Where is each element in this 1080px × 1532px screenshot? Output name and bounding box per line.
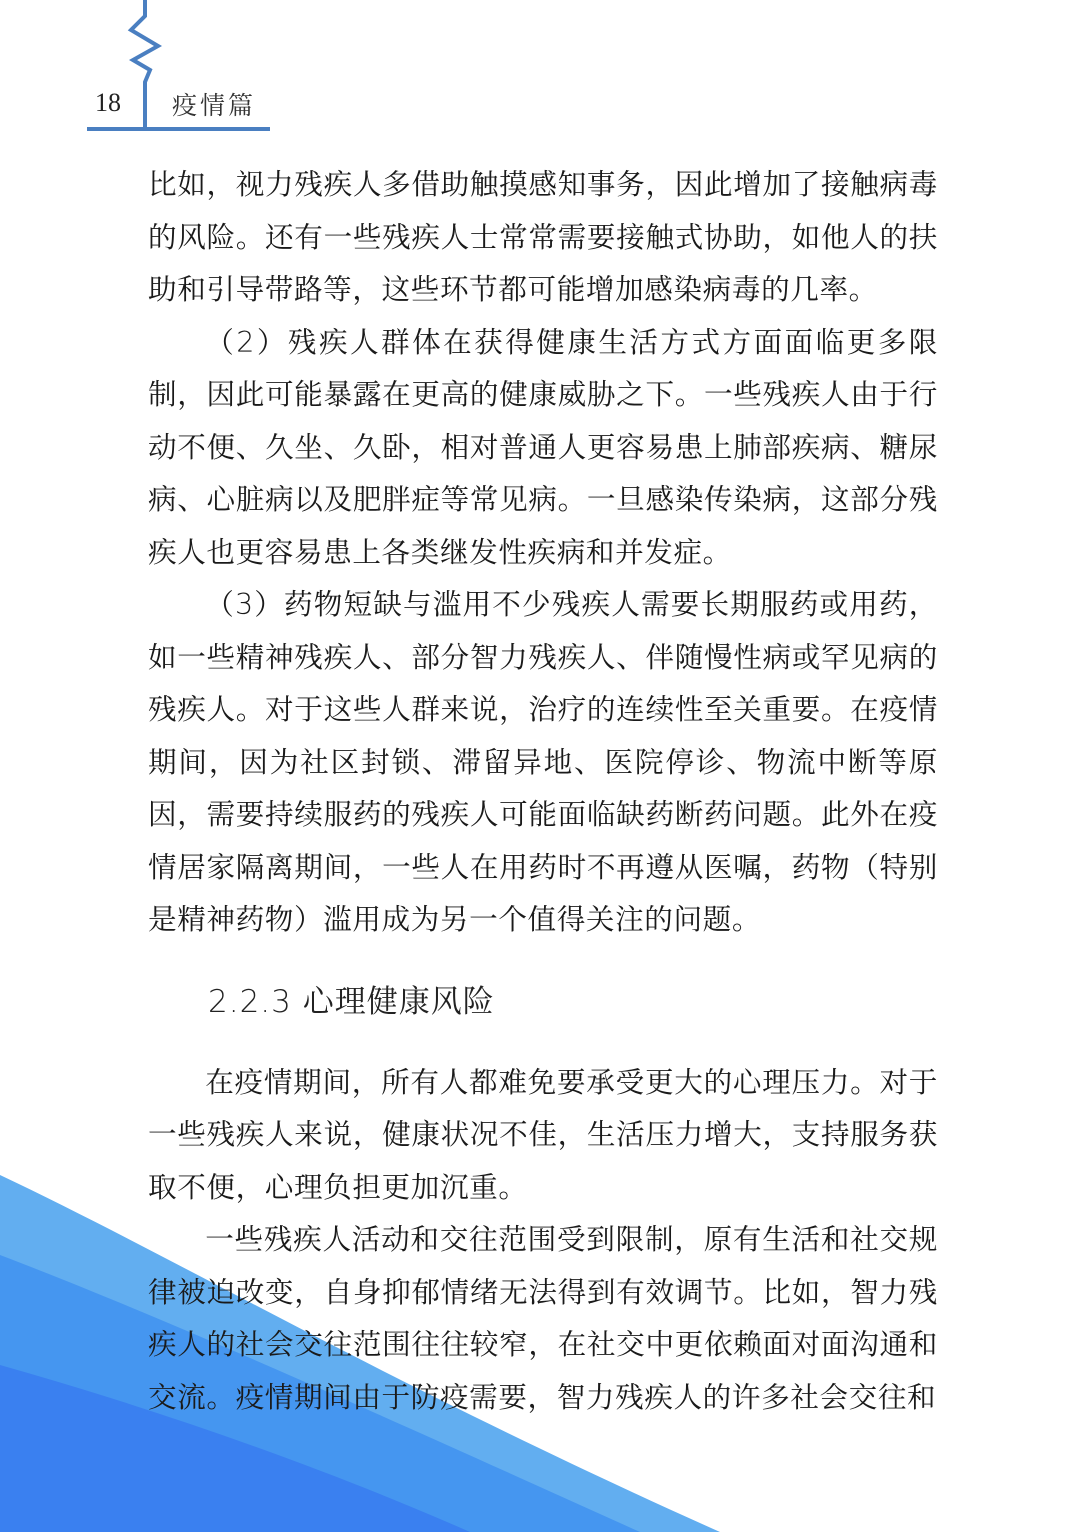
page-number: 18 [95,88,121,118]
paragraph: 在疫情期间，所有人都难免要承受更大的心理压力。对于一些残疾人来说，健康状况不佳，… [148,1056,938,1214]
paragraph: 一些残疾人活动和交往范围受到限制，原有生活和社交规律被迫改变，自身抑郁情绪无法得… [148,1213,938,1423]
paragraph: （2）残疾人群体在获得健康生活方式方面面临更多限制，因此可能暴露在更高的健康威胁… [148,316,938,579]
section-heading: 2.2.3 心理健康风险 [208,976,938,1028]
paragraph: （3）药物短缺与滥用不少残疾人需要长期服药或用药，如一些精神残疾人、部分智力残疾… [148,578,938,946]
page-content: 比如，视力残疾人多借助触摸感知事务，因此增加了接触病毒的风险。还有一些残疾人士常… [148,158,938,1423]
chapter-title: 疫情篇 [172,86,256,122]
paragraph: 比如，视力残疾人多借助触摸感知事务，因此增加了接触病毒的风险。还有一些残疾人士常… [148,158,938,316]
